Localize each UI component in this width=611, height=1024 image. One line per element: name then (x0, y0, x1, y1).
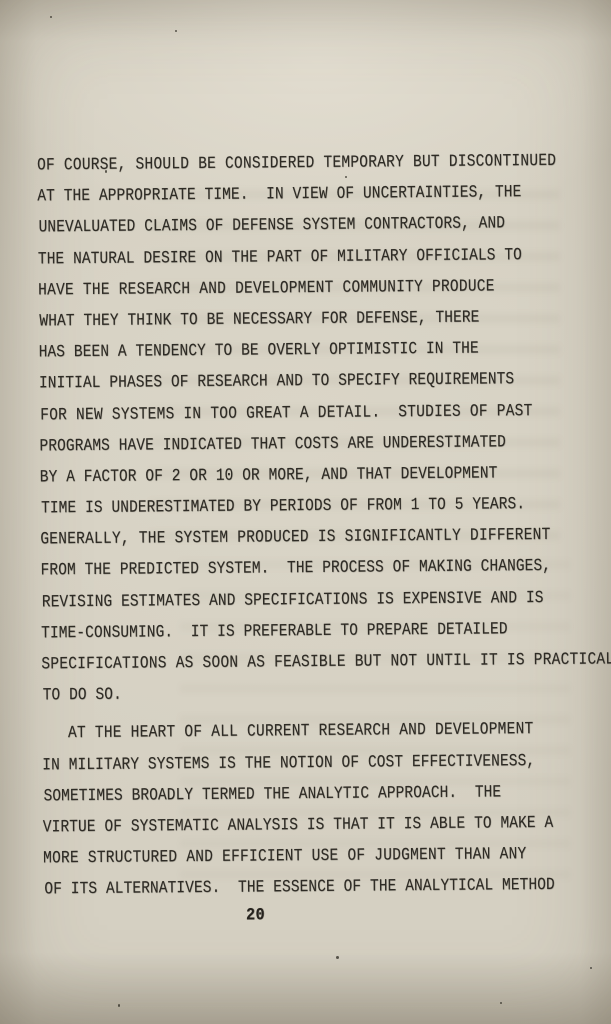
paragraph: AT THE HEART OF ALL CURRENT RESEARCH AND… (42, 714, 604, 906)
document-page: OF COURSE, SHOULD BE CONSIDERED TEMPORAR… (0, 0, 611, 1024)
paper-speck (175, 30, 177, 32)
paper-speck (590, 967, 592, 969)
text-line: OF ITS ALTERNATIVES. THE ESSENCE OF THE … (44, 868, 603, 910)
paper-speck (500, 1002, 502, 1004)
page-text: OF COURSE, SHOULD BE CONSIDERED TEMPORAR… (37, 146, 604, 906)
paragraph: OF COURSE, SHOULD BE CONSIDERED TEMPORAR… (37, 146, 602, 712)
text-line: TO DO SO. (43, 673, 602, 715)
page-number: 20 (246, 906, 265, 926)
paper-speck (118, 1004, 120, 1007)
paper-speck (50, 16, 52, 18)
paper-speck (336, 956, 339, 959)
